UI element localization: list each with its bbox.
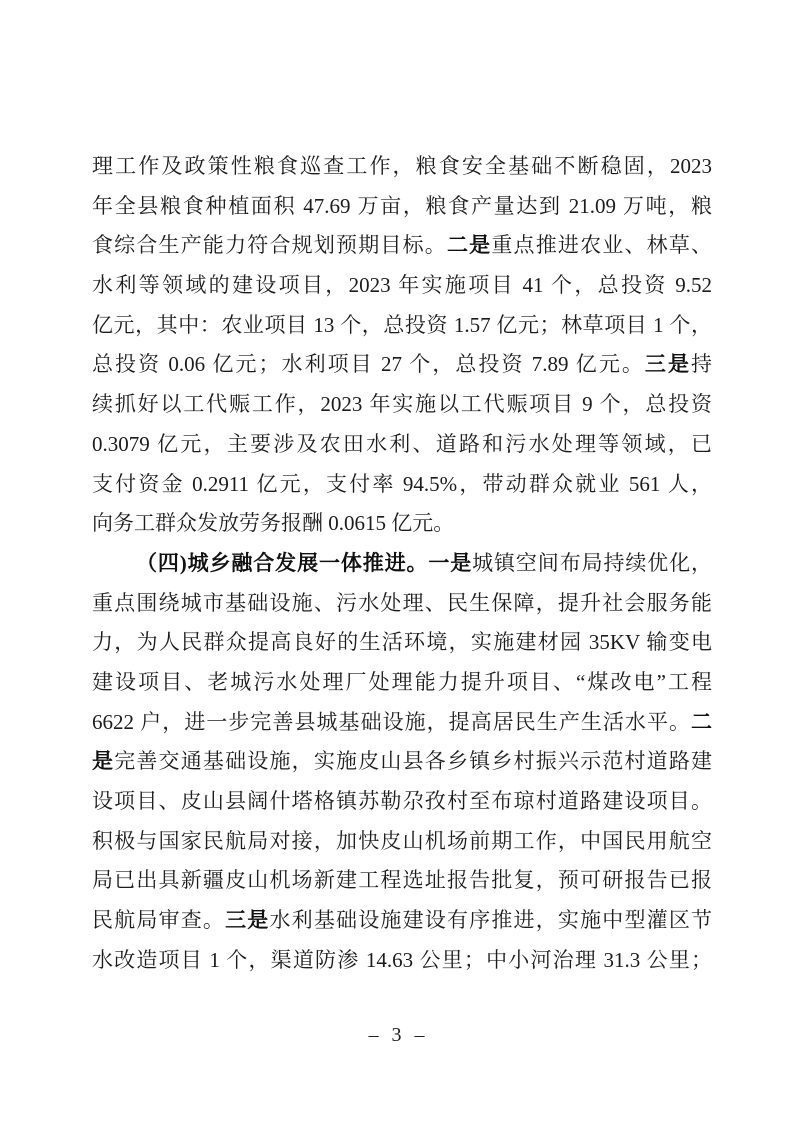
body-text: 民航局审查。	[92, 908, 225, 932]
text-line: 6622 户，进一步完善县城基础设施，提高居民生产生活水平。二	[92, 703, 712, 743]
body-text: 食综合生产能力符合规划预期目标。	[92, 233, 447, 257]
body-text: 向务工群众发放劳务报酬 0.0615 亿元。	[92, 511, 454, 535]
body-text: 6622 户，进一步完善县城基础设施，提高居民生产生活水平。	[92, 710, 691, 734]
text-line: 续抓好以工代赈工作，2023 年实施以工代赈项目 9 个，总投资	[92, 385, 712, 425]
text-line: 局已出具新疆皮山机场新建工程选址报告批复，预可研报告已报	[92, 861, 712, 901]
text-line: 总投资 0.06 亿元；水利项目 27 个，总投资 7.89 亿元。三是持	[92, 345, 712, 385]
body-text: 亿元，其中：农业项目 13 个，总投资 1.57 亿元；林草项目 1 个，	[92, 313, 712, 337]
text-line: 向务工群众发放劳务报酬 0.0615 亿元。	[92, 504, 712, 544]
document-body: 理工作及政策性粮食巡查工作，粮食安全基础不断稳固，2023年全县粮食种植面积 4…	[92, 147, 712, 980]
text-line: 支付资金 0.2911 亿元，支付率 94.5%，带动群众就业 561 人，	[92, 465, 712, 505]
body-text: 重点推进农业、林草、	[491, 233, 712, 257]
text-line: 理工作及政策性粮食巡查工作，粮食安全基础不断稳固，2023	[92, 147, 712, 187]
text-line: 年全县粮食种植面积 47.69 万亩，粮食产量达到 21.09 万吨，粮	[92, 187, 712, 227]
body-text: 水改造项目 1 个，渠道防渗 14.63 公里；中小河治理 31.3 公里；	[92, 948, 712, 972]
text-line: 民航局审查。三是水利基础设施建设有序推进，实施中型灌区节	[92, 901, 712, 941]
body-text: 城镇空间布局持续优化，	[472, 551, 712, 575]
body-text: 理工作及政策性粮食巡查工作，粮食安全基础不断稳固，2023	[92, 154, 712, 178]
document-page: 理工作及政策性粮食巡查工作，粮食安全基础不断稳固，2023年全县粮食种植面积 4…	[0, 0, 793, 1122]
text-line: 建设项目、老城污水处理厂处理能力提升项目、“煤改电”工程	[92, 663, 712, 703]
body-text: 年全县粮食种植面积 47.69 万亩，粮食产量达到 21.09 万吨，粮	[92, 194, 712, 218]
text-line: 重点围绕城市基础设施、污水处理、民生保障，提升社会服务能	[92, 584, 712, 624]
text-line: 力，为人民群众提高良好的生活环境，实施建材园 35KV 输变电	[92, 623, 712, 663]
body-text: 完善交通基础设施，实施皮山县各乡镇乡村振兴示范村道路建	[114, 749, 712, 773]
body-text: 局已出具新疆皮山机场新建工程选址报告批复，预可研报告已报	[92, 868, 712, 892]
body-text: 水利基础设施建设有序推进，实施中型灌区节	[270, 908, 713, 932]
body-text: 水利等领域的建设项目，2023 年实施项目 41 个，总投资 9.52	[92, 273, 712, 297]
body-text: 重点围绕城市基础设施、污水处理、民生保障，提升社会服务能	[92, 591, 712, 615]
text-line: 积极与国家民航局对接，加快皮山机场前期工作，中国民用航空	[92, 822, 712, 862]
bold-text: 三是	[225, 908, 269, 932]
body-text: 持	[691, 352, 712, 376]
body-text: 建设项目、老城污水处理厂处理能力提升项目、“煤改电”工程	[92, 670, 712, 694]
body-text: 设项目、皮山县阔什塔格镇苏勒尕孜村至布琼村道路建设项目。	[92, 789, 712, 813]
body-text: 续抓好以工代赈工作，2023 年实施以工代赈项目 9 个，总投资	[92, 392, 712, 416]
text-line: 食综合生产能力符合规划预期目标。二是重点推进农业、林草、	[92, 226, 712, 266]
bold-text: 二是	[447, 233, 491, 257]
page-number: – 3 –	[0, 1020, 793, 1050]
text-line: 水改造项目 1 个，渠道防渗 14.63 公里；中小河治理 31.3 公里；	[92, 941, 712, 981]
body-text: 总投资 0.06 亿元；水利项目 27 个，总投资 7.89 亿元。	[92, 352, 645, 376]
bold-text: 三是	[645, 352, 691, 376]
body-text: 0.3079 亿元，主要涉及农田水利、道路和污水处理等领域，已	[92, 432, 712, 456]
bold-text: 二	[691, 710, 712, 734]
text-line: （四)城乡融合发展一体推进。一是城镇空间布局持续优化，	[92, 544, 712, 584]
text-line: 是完善交通基础设施，实施皮山县各乡镇乡村振兴示范村道路建	[92, 742, 712, 782]
text-line: 0.3079 亿元，主要涉及农田水利、道路和污水处理等领域，已	[92, 425, 712, 465]
text-line: 水利等领域的建设项目，2023 年实施项目 41 个，总投资 9.52	[92, 266, 712, 306]
bold-text: （四)城乡融合发展一体推进。一是	[136, 551, 472, 575]
body-text: 积极与国家民航局对接，加快皮山机场前期工作，中国民用航空	[92, 829, 712, 853]
body-text: 支付资金 0.2911 亿元，支付率 94.5%，带动群众就业 561 人，	[92, 472, 712, 496]
bold-text: 是	[92, 749, 114, 773]
text-line: 亿元，其中：农业项目 13 个，总投资 1.57 亿元；林草项目 1 个，	[92, 306, 712, 346]
text-line: 设项目、皮山县阔什塔格镇苏勒尕孜村至布琼村道路建设项目。	[92, 782, 712, 822]
body-text: 力，为人民群众提高良好的生活环境，实施建材园 35KV 输变电	[92, 630, 712, 654]
